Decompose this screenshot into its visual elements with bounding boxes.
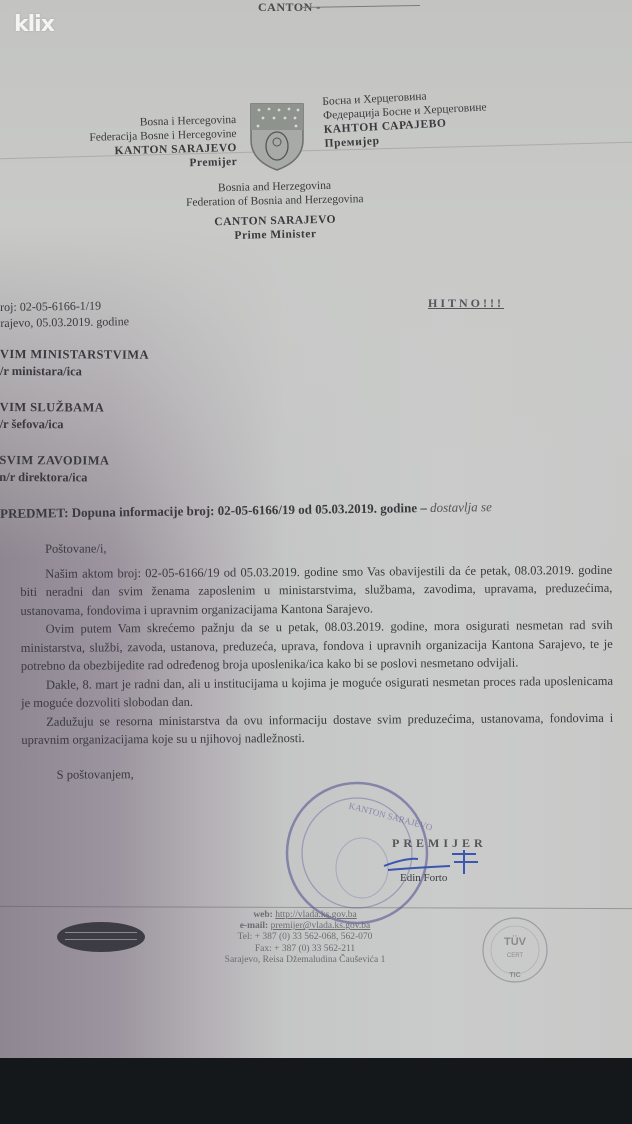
coat-of-arms-icon	[248, 100, 306, 172]
recipient: VIM MINISTARSTVIMA /r ministara/ica	[0, 346, 149, 381]
recipient: SVIM ZAVODIMA n/r direktora/ica	[0, 452, 148, 487]
letter-body: Poštovane/i, Našim aktom broj: 02-05-616…	[20, 536, 614, 784]
paragraph: Dakle, 8. mart je radni dan, ali u insti…	[21, 671, 613, 712]
recipient-to: VIM SLUŽBAMA	[0, 399, 149, 417]
svg-text:TIC: TIC	[509, 972, 520, 979]
letterhead-latin: Bosna i Hercegovina Federacija Bosne i H…	[60, 113, 237, 174]
letterhead-english: Bosnia and Herzegovina Federation of Bos…	[149, 177, 400, 244]
svg-text:KANTON SARAJEVO: KANTON SARAJEVO	[348, 800, 432, 832]
document-page: klix CANTON - Bosna i Hercegovina Federa…	[0, 0, 632, 1058]
reference-block: roj: 02-05-6166-1/19 rajevo, 05.03.2019.…	[0, 297, 129, 331]
recipient-attn: /r šefova/ica	[0, 416, 149, 434]
signatory-name: Edin Forto	[400, 872, 447, 884]
recipients-list: VIM MINISTARSTVIMA /r ministara/ica VIM …	[0, 346, 149, 506]
recipient-to: VIM MINISTARSTVIMA	[0, 346, 149, 364]
letterhead-cyrillic: Босна и Херцеговина Федерација Босне и Х…	[322, 83, 555, 151]
reference-date: rajevo, 05.03.2019. godine	[0, 313, 129, 331]
address: Sarajevo, Reisa Džemaludina Čauševića 1	[200, 955, 410, 966]
footer-contacts: web: http://vlada.ks.gov.ba e-mail: prem…	[200, 910, 410, 966]
reference-number: roj: 02-05-6166-1/19	[0, 297, 129, 315]
telephone: Tel: + 387 (0) 33 562-068, 562-070	[200, 932, 410, 943]
urgent-label: HITNO!!!	[428, 296, 504, 311]
recipient-attn: /r ministara/ica	[0, 363, 149, 381]
watermark-logo: klix	[14, 12, 54, 37]
fax: Fax: + 387 (0) 33 562-211	[200, 944, 410, 955]
paragraph: Našim aktom broj: 02-05-6166/19 od 05.03…	[20, 560, 612, 620]
website-link: http://vlada.ks.gov.ba	[275, 910, 356, 920]
tuv-certification-icon: TÜV CERT TIC	[480, 915, 550, 985]
recipient-attn: n/r direktora/ica	[0, 469, 148, 487]
emblem-badge-icon	[57, 922, 145, 952]
paragraph: Zadužuju se resorna ministarstva da ovu …	[21, 708, 613, 749]
svg-text:TÜV: TÜV	[504, 935, 527, 948]
recipient-to: SVIM ZAVODIMA	[0, 452, 148, 470]
paragraph: Ovim putem Vam skrećemo pažnju da se u p…	[21, 616, 613, 676]
email-link: premijer@vlada.ks.gov.ba	[271, 921, 371, 931]
greeting: Poštovane/i,	[45, 536, 612, 558]
subject-action: dostavlja se	[430, 499, 492, 515]
recipient: VIM SLUŽBAMA /r šefova/ica	[0, 399, 149, 434]
svg-text:CERT: CERT	[507, 953, 524, 959]
